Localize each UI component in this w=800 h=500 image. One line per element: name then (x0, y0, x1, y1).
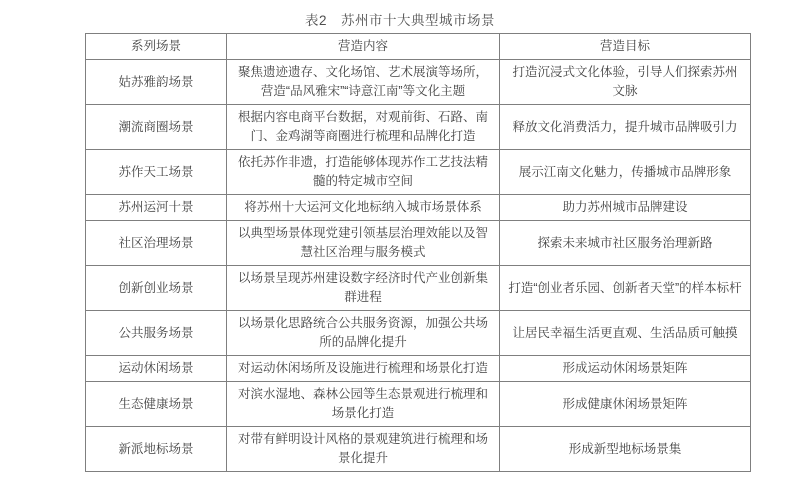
table-row: 苏作天工场景依托苏作非遗，打造能够体现苏作工艺技法精髓的特定城市空间展示江南文化… (86, 150, 751, 195)
scene-cell: 创新创业场景 (86, 266, 227, 311)
scene-cell: 姑苏雅韵场景 (86, 60, 227, 105)
goal-cell: 释放文化消费活力，提升城市品牌吸引力 (500, 105, 751, 150)
goal-cell: 助力苏州城市品牌建设 (500, 195, 751, 221)
table-caption: 表2 苏州市十大典型城市场景 (0, 0, 800, 33)
content-cell: 对运动休闲场所及设施进行梳理和场景化打造 (227, 356, 500, 382)
scene-cell: 苏州运河十景 (86, 195, 227, 221)
scene-cell: 生态健康场景 (86, 382, 227, 427)
content-cell: 根据内容电商平台数据，对观前街、石路、南门、金鸡湖等商圈进行梳理和品牌化打造 (227, 105, 500, 150)
table-row: 公共服务场景以场景化思路统合公共服务资源，加强公共场所的品牌化提升让居民幸福生活… (86, 311, 751, 356)
table-row: 姑苏雅韵场景聚焦遗迹遗存、文化场馆、艺术展演等场所，营造“品风雅宋”“诗意江南”… (86, 60, 751, 105)
scene-cell: 潮流商圈场景 (86, 105, 227, 150)
table-row: 潮流商圈场景根据内容电商平台数据，对观前街、石路、南门、金鸡湖等商圈进行梳理和品… (86, 105, 751, 150)
table-body: 姑苏雅韵场景聚焦遗迹遗存、文化场馆、艺术展演等场所，营造“品风雅宋”“诗意江南”… (86, 60, 751, 472)
table-row: 新派地标场景对带有鲜明设计风格的景观建筑进行梳理和场景化提升形成新型地标场景集 (86, 427, 751, 472)
content-cell: 以场景化思路统合公共服务资源，加强公共场所的品牌化提升 (227, 311, 500, 356)
content-cell: 依托苏作非遗，打造能够体现苏作工艺技法精髓的特定城市空间 (227, 150, 500, 195)
content-cell: 对带有鲜明设计风格的景观建筑进行梳理和场景化提升 (227, 427, 500, 472)
header-cell-content: 营造内容 (227, 34, 500, 60)
scene-table: 系列场景 营造内容 营造目标 姑苏雅韵场景聚焦遗迹遗存、文化场馆、艺术展演等场所… (85, 33, 751, 472)
goal-cell: 探索未来城市社区服务治理新路 (500, 221, 751, 266)
content-cell: 以典型场景体现党建引领基层治理效能以及智慧社区治理与服务模式 (227, 221, 500, 266)
content-cell: 将苏州十大运河文化地标纳入城市场景体系 (227, 195, 500, 221)
table-row: 社区治理场景以典型场景体现党建引领基层治理效能以及智慧社区治理与服务模式探索未来… (86, 221, 751, 266)
content-cell: 以场景呈现苏州建设数字经济时代产业创新集群进程 (227, 266, 500, 311)
content-cell: 对滨水湿地、森林公园等生态景观进行梳理和场景化打造 (227, 382, 500, 427)
scene-cell: 社区治理场景 (86, 221, 227, 266)
scene-cell: 新派地标场景 (86, 427, 227, 472)
header-cell-goal: 营造目标 (500, 34, 751, 60)
page: 表2 苏州市十大典型城市场景 系列场景 营造内容 营造目标 姑苏雅韵场景聚焦遗迹… (0, 0, 800, 472)
goal-cell: 打造沉浸式文化体验，引导人们探索苏州文脉 (500, 60, 751, 105)
scene-cell: 公共服务场景 (86, 311, 227, 356)
table-row: 苏州运河十景将苏州十大运河文化地标纳入城市场景体系助力苏州城市品牌建设 (86, 195, 751, 221)
goal-cell: 打造“创业者乐园、创新者天堂”的样本标杆 (500, 266, 751, 311)
table-row: 运动休闲场景对运动休闲场所及设施进行梳理和场景化打造形成运动休闲场景矩阵 (86, 356, 751, 382)
goal-cell: 形成健康休闲场景矩阵 (500, 382, 751, 427)
table-row: 生态健康场景对滨水湿地、森林公园等生态景观进行梳理和场景化打造形成健康休闲场景矩… (86, 382, 751, 427)
scene-cell: 运动休闲场景 (86, 356, 227, 382)
table-row: 创新创业场景以场景呈现苏州建设数字经济时代产业创新集群进程打造“创业者乐园、创新… (86, 266, 751, 311)
header-row: 系列场景 营造内容 营造目标 (86, 34, 751, 60)
scene-cell: 苏作天工场景 (86, 150, 227, 195)
header-cell-scene: 系列场景 (86, 34, 227, 60)
goal-cell: 让居民幸福生活更直观、生活品质可触摸 (500, 311, 751, 356)
table-header: 系列场景 营造内容 营造目标 (86, 34, 751, 60)
goal-cell: 形成运动休闲场景矩阵 (500, 356, 751, 382)
goal-cell: 展示江南文化魅力，传播城市品牌形象 (500, 150, 751, 195)
goal-cell: 形成新型地标场景集 (500, 427, 751, 472)
content-cell: 聚焦遗迹遗存、文化场馆、艺术展演等场所，营造“品风雅宋”“诗意江南”等文化主题 (227, 60, 500, 105)
